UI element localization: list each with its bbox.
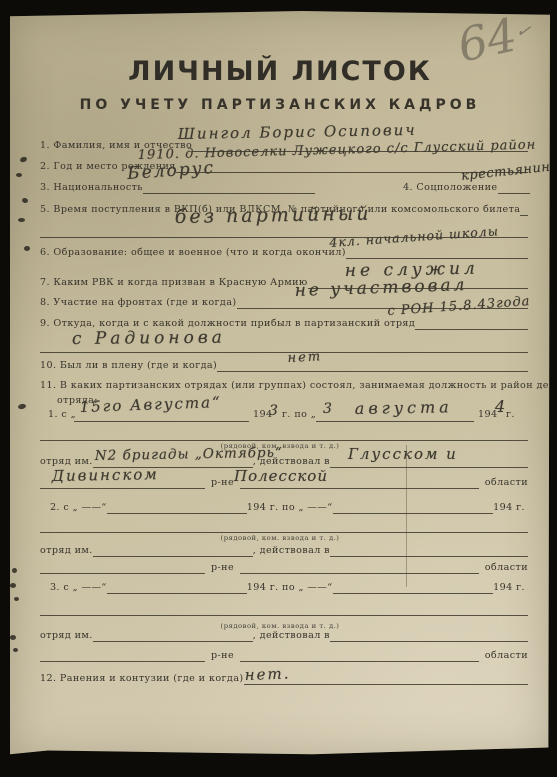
entry2-prefix: 2. с „ ——“ [50,501,107,514]
entry3-line-a [107,580,247,594]
entry2-oblast-label: области [479,561,528,574]
entry1-role-line [40,427,528,441]
field-value-10: нет [287,349,322,366]
form-title: ЛИЧНЫЙ ЛИСТОК [10,56,550,87]
field-line-4 [498,180,531,194]
entry3-otryad-row: отряд им. , действовал в [40,629,528,642]
field-value-12: нет. [244,664,290,684]
field-label-4: 4. Соцположение [403,181,498,194]
field-label-6: 6. Образование: общее и военное (что и к… [40,246,346,259]
field-label-12: 12. Ранения и контузии (где и когда) [40,672,244,685]
entry3-acted-label: , действовал в [253,629,330,642]
field-label-8: 8. Участие на фронтах (где и когда) [40,296,237,309]
entry3-district-line [40,648,205,662]
field-line-6 [346,245,528,259]
punch-hole [19,156,27,163]
entry1-year2-hand: 4 [495,397,505,416]
entry2-district-line [40,560,205,574]
field-value-9b: с Радионова [72,328,226,349]
entry3-otryad-line [93,628,253,642]
entry2-role-line [40,519,528,533]
field-line-5 [520,202,528,216]
entry1-acted-value: Глусском и [348,445,458,463]
field-value-5: без партийный [175,203,372,228]
entry2-otryad-label: отряд им. [40,544,93,557]
entry3-suffix: 194 г. [493,581,525,594]
punch-hole [18,218,25,222]
entry1-otryad-value: N2 бригады „Октябрь“ [95,445,283,464]
entry3-oblast-label: области [479,649,528,662]
punch-hole [10,583,16,588]
punch-hole [21,197,28,203]
field-line-10 [217,358,528,372]
field-label-10: 10. Был ли в плену (где и когда) [40,359,217,372]
entry1-year1-hand: 3 [269,403,278,419]
entry3-role-line [40,602,528,616]
punch-hole [16,173,22,177]
field-row-10: 10. Был ли в плену (где и когда) [40,359,528,372]
entry2-role-caption: (рядовой, ком. взвода и т. д.) [10,534,550,542]
punch-hole [24,246,30,251]
entry3-rne-label: р-не [205,649,240,662]
check-mark: ✓ [515,20,533,43]
entry2-line-a [107,500,247,514]
punch-hole [13,648,18,652]
field-line-9 [415,316,528,330]
scanned-form-page: 64 ✓ ЛИЧНЫЙ ЛИСТОК ПО УЧЕТУ ПАРТИЗАНСКИХ… [10,11,550,758]
entry1-suffix: г. [506,408,515,421]
entry1-prefix: 1. с „ [48,408,76,421]
field-row-2: 2. Год и место рождения [40,160,528,173]
entry3-district-row: р-не области [40,649,528,662]
entry3-oblast-line [240,648,479,662]
entry2-line-b [333,500,494,514]
entry1-to-month: августа [355,397,453,418]
field-row-6: 6. Образование: общее и военное (что и к… [40,246,528,259]
entry3-date-row: 3. с „ ——“ 194 г. по „ ——“ 194 г. [50,581,525,594]
entry3-mid: 194 г. по „ ——“ [247,581,333,594]
entry2-district-row: р-не области [40,561,528,574]
entry2-date-row: 2. с „ ——“ 194 г. по „ ——“ 194 г. [50,501,525,514]
entry2-otryad-row: отряд им. , действовал в [40,544,528,557]
punch-hole [18,403,27,409]
entry1-district-value: Дивинском [52,465,159,485]
entry1-to-day: 3 [323,401,332,417]
entry3-prefix: 3. с „ ——“ [50,581,107,594]
entry3-acted-line [330,628,528,642]
punch-hole [12,568,17,573]
entry3-line-b [333,580,494,594]
punch-hole [14,597,19,601]
entry1-mid: г. по „ [282,408,316,421]
field-label-11: 11. В каких партизанских отрядах (или гр… [40,379,557,392]
entry2-acted-label: , действовал в [253,544,330,557]
field-line-3 [143,180,315,194]
punch-hole [10,635,16,640]
entry2-mid: 194 г. по „ ——“ [247,501,333,514]
field-row-3: 3. Национальность [40,181,315,194]
entry2-otryad-line [93,543,253,557]
entry2-rne-label: р-не [205,561,240,574]
field-label-7: 7. Каким РВК и когда призван в Красную А… [40,276,308,289]
paper-crease [406,445,407,587]
entry2-oblast-line [240,560,479,574]
entry3-otryad-label: отряд им. [40,629,93,642]
entry2-acted-line [330,543,528,557]
entry1-oblast-value: Полесской [234,467,328,485]
entry2-suffix: 194 г. [493,501,525,514]
entry1-oblast-label: области [479,476,528,489]
form-subtitle: ПО УЧЕТУ ПАРТИЗАНСКИХ КАДРОВ [10,97,550,113]
